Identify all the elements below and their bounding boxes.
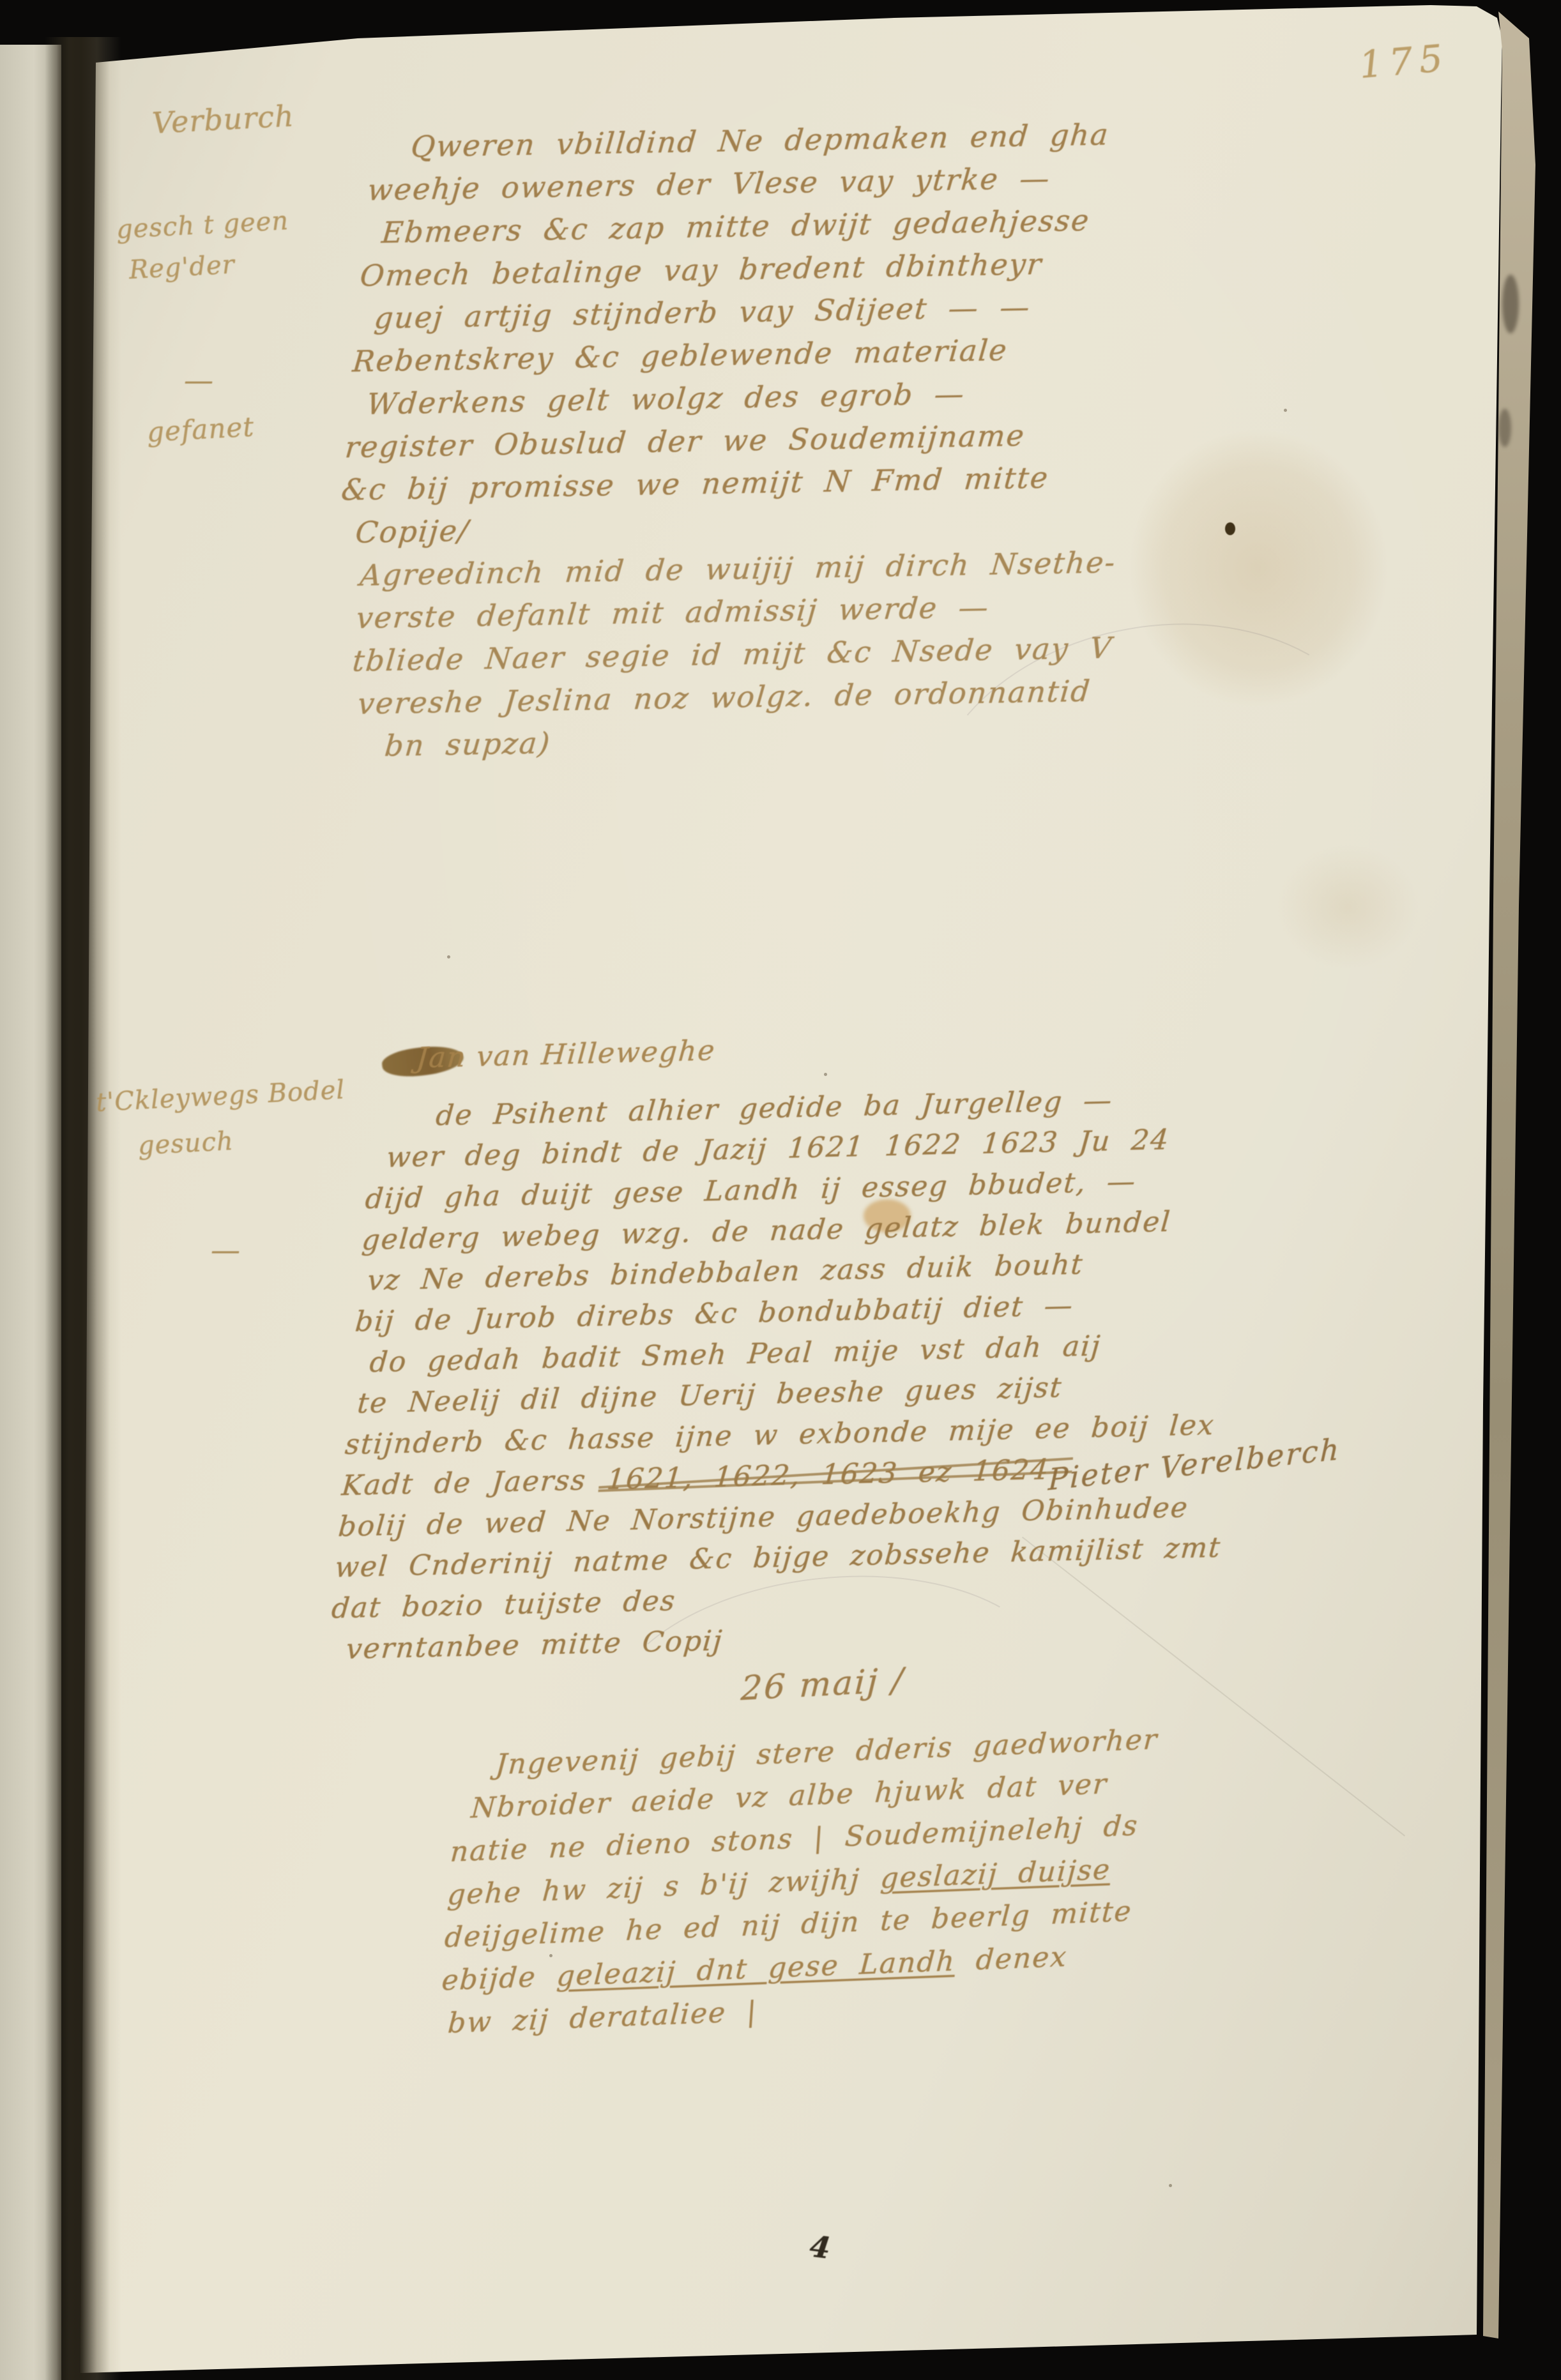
fly-speck bbox=[1169, 2184, 1172, 2187]
facing-page-edge bbox=[0, 45, 61, 2380]
line-segment: ebijde bbox=[441, 1960, 558, 1997]
underlined-words: geslazij duijse bbox=[879, 1853, 1112, 1895]
entry4-text: Jngevenij gebij stere dderis gaedworher … bbox=[438, 1702, 1555, 2045]
entry2-text: Agreedinch mid de wuijij mij dirch Nseth… bbox=[343, 534, 1524, 768]
margin-note-gefanet: gefanet bbox=[146, 411, 255, 448]
margin-note-regder: Reg'der bbox=[128, 250, 236, 285]
folio-number: 175 bbox=[1357, 36, 1451, 87]
entry1-text: Qweren vbilldind Ne depmaken end gha wee… bbox=[336, 106, 1535, 555]
manuscript-scan: 175 Verburch gesch t geen Reg'der — gefa… bbox=[0, 0, 1561, 2380]
margin-note-gesuch: gesuch bbox=[137, 1126, 234, 1161]
fly-speck bbox=[824, 1073, 827, 1076]
margin-dash: — bbox=[211, 1232, 240, 1267]
quire-mark: 4 bbox=[808, 2229, 832, 2265]
years-line-pre: Kadt de Jaerss bbox=[340, 1464, 608, 1503]
entry3-text: de Psihent alhier gedide ba Jurgelleg — … bbox=[326, 1070, 1548, 1671]
margin-dash: — bbox=[184, 363, 213, 397]
line-segment: denex bbox=[954, 1941, 1069, 1978]
fly-speck bbox=[447, 955, 450, 959]
